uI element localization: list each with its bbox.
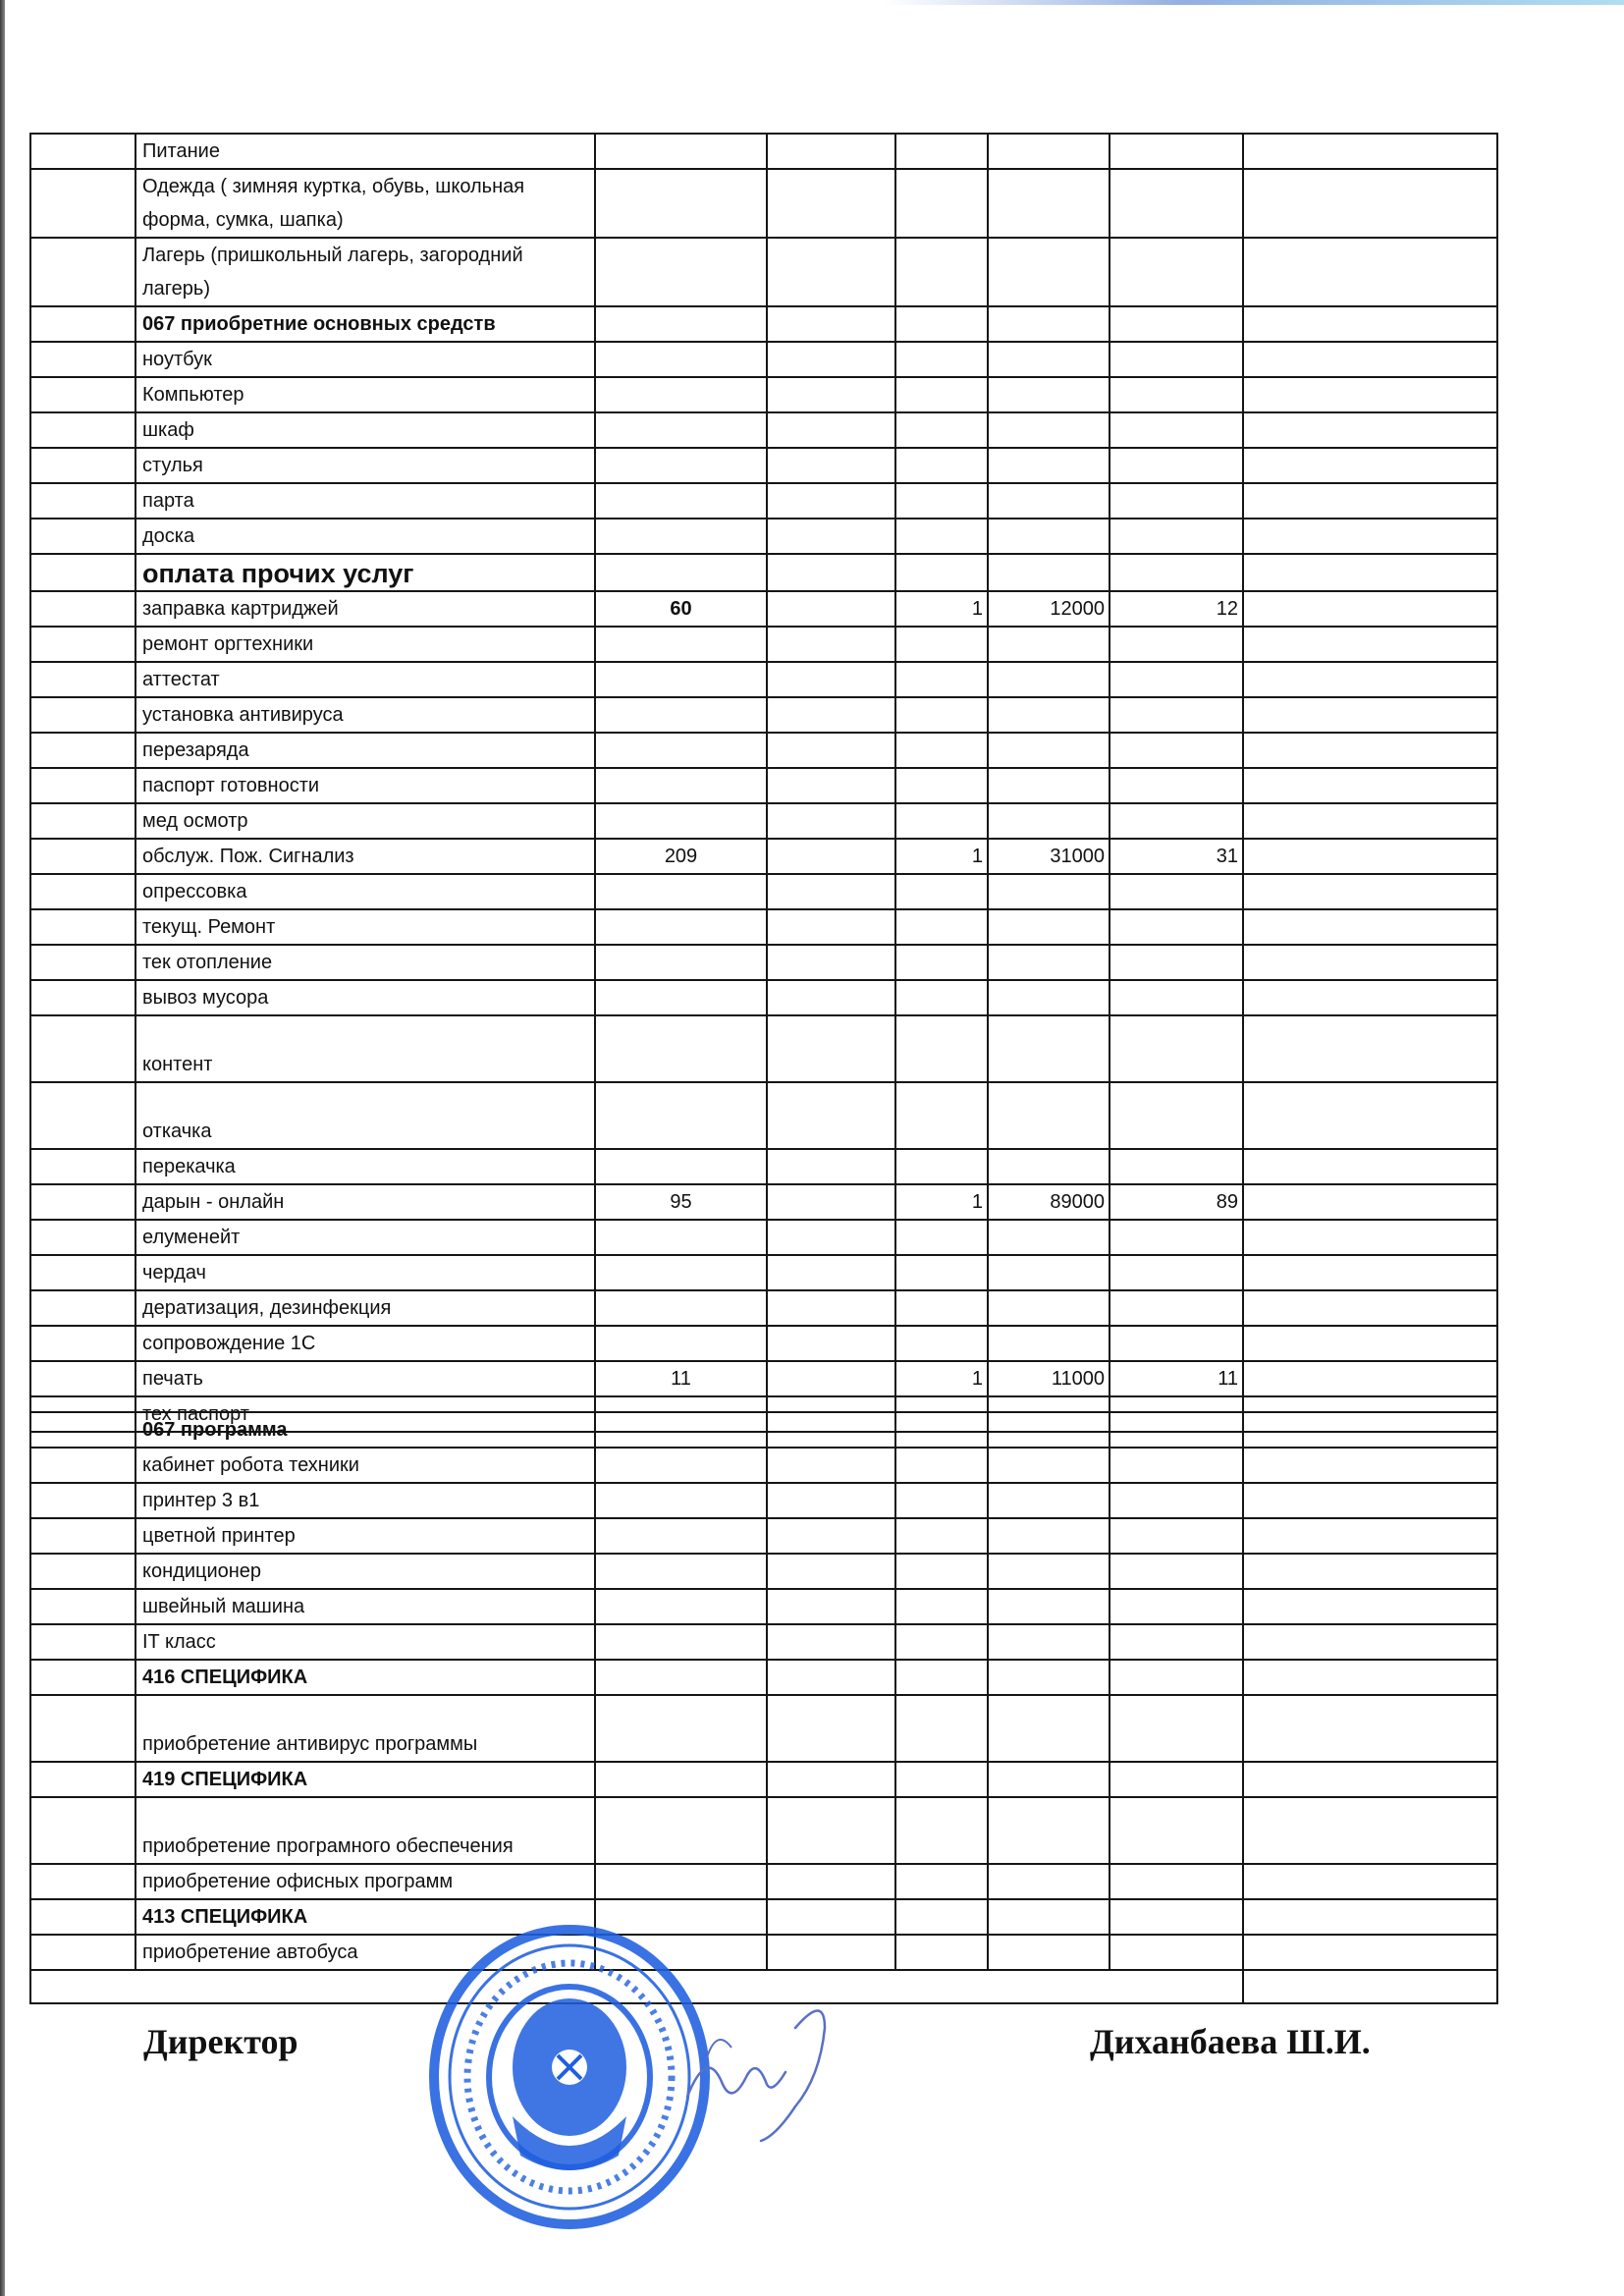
row-label: елуменейт — [135, 1220, 595, 1255]
row-label: ноутбук — [135, 342, 595, 377]
row-label: мед осмотр — [135, 803, 595, 839]
value-cell — [1243, 1797, 1497, 1864]
value-cell — [988, 768, 1110, 803]
value-cell — [1243, 1935, 1497, 1970]
value-cell — [1110, 1762, 1243, 1797]
table-row: аттестат — [30, 662, 1497, 697]
value-cell — [767, 1797, 895, 1864]
table-row: перекачка — [30, 1149, 1497, 1184]
row-index-cell — [30, 1797, 135, 1864]
row-label: принтер 3 в1 — [135, 1483, 595, 1518]
value-cell — [988, 1899, 1110, 1935]
value-cell — [988, 1660, 1110, 1695]
value-cell — [767, 909, 895, 945]
value-cell — [595, 697, 767, 733]
value-cell: 209 — [595, 839, 767, 874]
value-cell: 1 — [895, 839, 988, 874]
table-row: 413 СПЕЦИФИКА — [30, 1899, 1497, 1935]
value-cell — [595, 1797, 767, 1864]
value-cell — [767, 377, 895, 412]
row-label: Лагерь (пришкольный лагерь, загородний л… — [135, 238, 595, 306]
value-cell — [767, 1412, 895, 1448]
table-row: приобретение автобуса — [30, 1935, 1497, 1970]
official-stamp-icon — [422, 1920, 717, 2234]
value-cell — [895, 1412, 988, 1448]
value-cell — [1110, 1220, 1243, 1255]
value-cell — [988, 412, 1110, 448]
table-row: вывоз мусора — [30, 980, 1497, 1015]
table-row: 067 приобретние основных средств — [30, 306, 1497, 342]
value-cell — [895, 1864, 988, 1899]
value-cell — [767, 412, 895, 448]
table-row: перезаряда — [30, 733, 1497, 768]
value-cell — [1243, 909, 1497, 945]
row-label: 067 программа — [135, 1412, 595, 1448]
value-cell — [988, 1483, 1110, 1518]
row-index-cell — [30, 768, 135, 803]
value-cell — [767, 1220, 895, 1255]
value-cell — [1110, 733, 1243, 768]
value-cell — [988, 519, 1110, 554]
value-cell — [988, 1448, 1110, 1483]
row-index-cell — [30, 697, 135, 733]
value-cell — [1243, 980, 1497, 1015]
value-cell: 1 — [895, 1184, 988, 1220]
value-cell — [1243, 1149, 1497, 1184]
value-cell — [1110, 1518, 1243, 1554]
value-cell — [595, 1660, 767, 1695]
value-cell — [1243, 1660, 1497, 1695]
value-cell — [595, 1762, 767, 1797]
value-cell — [1243, 1412, 1497, 1448]
value-cell — [895, 697, 988, 733]
table-row: мед осмотр — [30, 803, 1497, 839]
value-cell — [767, 945, 895, 980]
row-index-cell — [30, 169, 135, 238]
row-label: IT класс — [135, 1624, 595, 1660]
value-cell — [1110, 1015, 1243, 1082]
value-cell — [988, 1797, 1110, 1864]
table-row: IT класс — [30, 1624, 1497, 1660]
value-cell — [1110, 697, 1243, 733]
value-cell — [767, 1518, 895, 1554]
value-cell — [1243, 1624, 1497, 1660]
value-cell — [895, 377, 988, 412]
value-cell — [1110, 1255, 1243, 1290]
value-cell — [1110, 412, 1243, 448]
value-cell — [1243, 238, 1497, 306]
value-cell — [895, 412, 988, 448]
value-cell — [988, 803, 1110, 839]
value-cell — [595, 768, 767, 803]
table-row: Одежда ( зимняя куртка, обувь, школьная … — [30, 169, 1497, 238]
table-row: приобретение офисных программ — [30, 1864, 1497, 1899]
row-index-cell — [30, 1589, 135, 1624]
row-index-cell — [30, 1935, 135, 1970]
value-cell — [988, 1082, 1110, 1149]
value-cell: 11 — [595, 1361, 767, 1396]
value-cell — [767, 980, 895, 1015]
row-index-cell — [30, 1255, 135, 1290]
value-cell — [767, 662, 895, 697]
table-row: 419 СПЕЦИФИКА — [30, 1762, 1497, 1797]
row-label: швейный машина — [135, 1589, 595, 1624]
value-cell — [1110, 519, 1243, 554]
value-cell — [1243, 1015, 1497, 1082]
row-index-cell — [30, 1082, 135, 1149]
value-cell — [895, 483, 988, 519]
value-cell — [895, 1518, 988, 1554]
value-cell — [1110, 448, 1243, 483]
value-cell — [1243, 169, 1497, 238]
value-cell: 31 — [1110, 839, 1243, 874]
row-index-cell — [30, 1412, 135, 1448]
value-cell — [988, 1326, 1110, 1361]
value-cell — [595, 134, 767, 169]
value-cell — [1243, 519, 1497, 554]
value-cell: 12000 — [988, 591, 1110, 627]
row-index-cell — [30, 1184, 135, 1220]
row-label: кондиционер — [135, 1554, 595, 1589]
value-cell — [595, 1412, 767, 1448]
value-cell — [595, 1518, 767, 1554]
scan-edge-left — [0, 0, 5, 2296]
table-row: чердач — [30, 1255, 1497, 1290]
value-cell — [595, 1554, 767, 1589]
value-cell — [1243, 591, 1497, 627]
row-index-cell — [30, 1015, 135, 1082]
value-cell — [1243, 1361, 1497, 1396]
value-cell — [1110, 980, 1243, 1015]
value-cell — [895, 519, 988, 554]
row-label: текущ. Ремонт — [135, 909, 595, 945]
value-cell — [988, 1554, 1110, 1589]
value-cell — [895, 662, 988, 697]
value-cell — [595, 554, 767, 591]
table-row: установка антивируса — [30, 697, 1497, 733]
table-row: парта — [30, 483, 1497, 519]
value-cell — [895, 1762, 988, 1797]
table-row: доска — [30, 519, 1497, 554]
value-cell — [595, 980, 767, 1015]
value-cell — [1243, 768, 1497, 803]
value-cell — [1243, 803, 1497, 839]
value-cell — [767, 1935, 895, 1970]
value-cell — [895, 1149, 988, 1184]
table-row: приобретение програмного обеспечения — [30, 1797, 1497, 1864]
value-cell: 1 — [895, 1361, 988, 1396]
value-cell — [988, 1935, 1110, 1970]
value-cell — [767, 1762, 895, 1797]
table-row: Питание — [30, 134, 1497, 169]
value-cell — [767, 1082, 895, 1149]
row-label: тек отопление — [135, 945, 595, 980]
value-cell — [1110, 1448, 1243, 1483]
value-cell — [767, 134, 895, 169]
value-cell — [767, 1361, 895, 1396]
value-cell — [988, 627, 1110, 662]
value-cell — [1243, 1518, 1497, 1554]
value-cell — [1243, 1255, 1497, 1290]
value-cell — [767, 519, 895, 554]
signature-icon — [677, 1989, 874, 2146]
value-cell — [895, 1483, 988, 1518]
value-cell — [988, 134, 1110, 169]
value-cell — [767, 1015, 895, 1082]
value-cell — [1110, 554, 1243, 591]
row-label: сопровождение 1С — [135, 1326, 595, 1361]
value-cell — [895, 803, 988, 839]
value-cell — [988, 1695, 1110, 1762]
value-cell — [988, 1762, 1110, 1797]
row-index-cell — [30, 1326, 135, 1361]
value-cell — [1110, 1589, 1243, 1624]
row-label: установка антивируса — [135, 697, 595, 733]
value-cell — [595, 803, 767, 839]
value-cell — [767, 1448, 895, 1483]
value-cell — [895, 1082, 988, 1149]
value-cell: 31000 — [988, 839, 1110, 874]
table-row: заправка картриджей6011200012 — [30, 591, 1497, 627]
value-cell — [595, 1624, 767, 1660]
value-cell — [767, 591, 895, 627]
value-cell — [1243, 1589, 1497, 1624]
value-cell — [595, 377, 767, 412]
value-cell — [1110, 1624, 1243, 1660]
value-cell — [595, 662, 767, 697]
value-cell — [1243, 342, 1497, 377]
value-cell — [1110, 803, 1243, 839]
value-cell: 11000 — [988, 1361, 1110, 1396]
value-cell — [1110, 169, 1243, 238]
value-cell — [767, 448, 895, 483]
value-cell — [767, 1554, 895, 1589]
value-cell — [988, 1412, 1110, 1448]
row-index-cell — [30, 874, 135, 909]
table-row: печать1111100011 — [30, 1361, 1497, 1396]
row-index-cell — [30, 909, 135, 945]
value-cell — [895, 1290, 988, 1326]
row-index-cell — [30, 627, 135, 662]
row-index-cell — [30, 306, 135, 342]
value-cell: 95 — [595, 1184, 767, 1220]
row-label: стулья — [135, 448, 595, 483]
row-index-cell — [30, 1448, 135, 1483]
value-cell — [767, 733, 895, 768]
row-index-cell — [30, 1518, 135, 1554]
value-cell — [1110, 662, 1243, 697]
table-row: текущ. Ремонт — [30, 909, 1497, 945]
row-index-cell — [30, 342, 135, 377]
value-cell — [767, 1149, 895, 1184]
value-cell — [1110, 1864, 1243, 1899]
value-cell — [895, 1797, 988, 1864]
row-label: обслуж. Пож. Сигнализ — [135, 839, 595, 874]
row-index-cell — [30, 554, 135, 591]
value-cell — [895, 1899, 988, 1935]
value-cell — [1243, 1448, 1497, 1483]
value-cell — [595, 874, 767, 909]
value-cell — [988, 874, 1110, 909]
value-cell — [895, 554, 988, 591]
value-cell — [595, 1448, 767, 1483]
value-cell: 1 — [895, 591, 988, 627]
value-cell — [1243, 874, 1497, 909]
value-cell — [1110, 483, 1243, 519]
value-cell — [1243, 1184, 1497, 1220]
row-index-cell — [30, 1220, 135, 1255]
value-cell: 60 — [595, 591, 767, 627]
value-cell — [895, 1326, 988, 1361]
value-cell: 89 — [1110, 1184, 1243, 1220]
row-index-cell — [30, 662, 135, 697]
value-cell — [895, 909, 988, 945]
budget-table-programs: 067 программакабинет робота техникипринт… — [29, 1411, 1498, 2004]
value-cell — [1110, 1660, 1243, 1695]
value-cell — [1243, 1899, 1497, 1935]
row-label: Питание — [135, 134, 595, 169]
row-index-cell — [30, 519, 135, 554]
value-cell — [895, 733, 988, 768]
value-cell — [988, 697, 1110, 733]
value-cell — [767, 1184, 895, 1220]
value-cell — [767, 1326, 895, 1361]
value-cell — [1110, 945, 1243, 980]
row-index-cell — [30, 1290, 135, 1326]
value-cell — [767, 554, 895, 591]
value-cell — [595, 627, 767, 662]
value-cell — [1243, 448, 1497, 483]
value-cell — [895, 342, 988, 377]
value-cell — [1243, 1483, 1497, 1518]
value-cell — [895, 1935, 988, 1970]
value-cell — [595, 1082, 767, 1149]
row-index-cell — [30, 134, 135, 169]
value-cell — [595, 448, 767, 483]
table-row: Лагерь (пришкольный лагерь, загородний л… — [30, 238, 1497, 306]
value-cell — [895, 1554, 988, 1589]
value-cell — [595, 1326, 767, 1361]
value-cell — [767, 1864, 895, 1899]
value-cell — [988, 1864, 1110, 1899]
value-cell — [988, 1015, 1110, 1082]
value-cell — [988, 377, 1110, 412]
value-cell — [767, 342, 895, 377]
row-index-cell — [30, 803, 135, 839]
value-cell — [988, 1589, 1110, 1624]
value-cell — [767, 768, 895, 803]
table-row: Компьютер — [30, 377, 1497, 412]
row-index-cell — [30, 980, 135, 1015]
table-row: елуменейт — [30, 1220, 1497, 1255]
row-index-cell — [30, 1624, 135, 1660]
row-label: оплата прочих услуг — [135, 554, 595, 591]
value-cell — [595, 1015, 767, 1082]
row-index-cell — [30, 1149, 135, 1184]
row-label: аттестат — [135, 662, 595, 697]
value-cell — [895, 1220, 988, 1255]
row-label: парта — [135, 483, 595, 519]
value-cell — [895, 1624, 988, 1660]
value-cell — [595, 1864, 767, 1899]
value-cell — [988, 1255, 1110, 1290]
value-cell — [988, 909, 1110, 945]
row-index-cell — [30, 1899, 135, 1935]
row-label: опрессовка — [135, 874, 595, 909]
value-cell — [1243, 945, 1497, 980]
value-cell — [595, 909, 767, 945]
row-label: перезаряда — [135, 733, 595, 768]
table-row: 067 программа — [30, 1412, 1497, 1448]
value-cell — [895, 1255, 988, 1290]
value-cell — [988, 342, 1110, 377]
value-cell — [988, 945, 1110, 980]
value-cell — [595, 1483, 767, 1518]
value-cell — [1110, 1412, 1243, 1448]
value-cell — [895, 448, 988, 483]
value-cell — [895, 1660, 988, 1695]
value-cell — [1243, 306, 1497, 342]
value-cell — [895, 306, 988, 342]
row-label: Компьютер — [135, 377, 595, 412]
value-cell — [895, 1695, 988, 1762]
value-cell — [988, 554, 1110, 591]
table-row: дератизация, дезинфекция — [30, 1290, 1497, 1326]
value-cell — [988, 1220, 1110, 1255]
value-cell — [1110, 342, 1243, 377]
value-cell — [1243, 1082, 1497, 1149]
row-label: перекачка — [135, 1149, 595, 1184]
table-row: паспорт готовности — [30, 768, 1497, 803]
table-row: 416 СПЕЦИФИКА — [30, 1660, 1497, 1695]
value-cell — [988, 662, 1110, 697]
value-cell — [595, 342, 767, 377]
table-row: опрессовка — [30, 874, 1497, 909]
table-row: кабинет робота техники — [30, 1448, 1497, 1483]
value-cell — [767, 306, 895, 342]
value-cell — [988, 1624, 1110, 1660]
row-label: 067 приобретние основных средств — [135, 306, 595, 342]
value-cell — [1243, 662, 1497, 697]
row-index-cell — [30, 839, 135, 874]
row-label: приобретение антивирус программы — [135, 1695, 595, 1762]
value-cell — [1243, 483, 1497, 519]
row-label: паспорт готовности — [135, 768, 595, 803]
row-label: дератизация, дезинфекция — [135, 1290, 595, 1326]
value-cell — [1243, 733, 1497, 768]
row-index-cell — [30, 591, 135, 627]
row-label: кабинет робота техники — [135, 1448, 595, 1483]
value-cell: 12 — [1110, 591, 1243, 627]
value-cell — [1243, 1864, 1497, 1899]
value-cell — [595, 1290, 767, 1326]
value-cell — [895, 874, 988, 909]
value-cell — [1110, 1797, 1243, 1864]
value-cell — [595, 238, 767, 306]
row-label: приобретение програмного обеспечения — [135, 1797, 595, 1864]
total-value-cell — [1243, 1970, 1497, 2003]
value-cell — [988, 169, 1110, 238]
value-cell — [767, 238, 895, 306]
table-row: швейный машина — [30, 1589, 1497, 1624]
value-cell — [1243, 1290, 1497, 1326]
value-cell — [767, 627, 895, 662]
value-cell — [767, 1290, 895, 1326]
table-row: обслуж. Пож. Сигнализ20913100031 — [30, 839, 1497, 874]
value-cell — [895, 1589, 988, 1624]
value-cell — [767, 803, 895, 839]
row-index-cell — [30, 1361, 135, 1396]
